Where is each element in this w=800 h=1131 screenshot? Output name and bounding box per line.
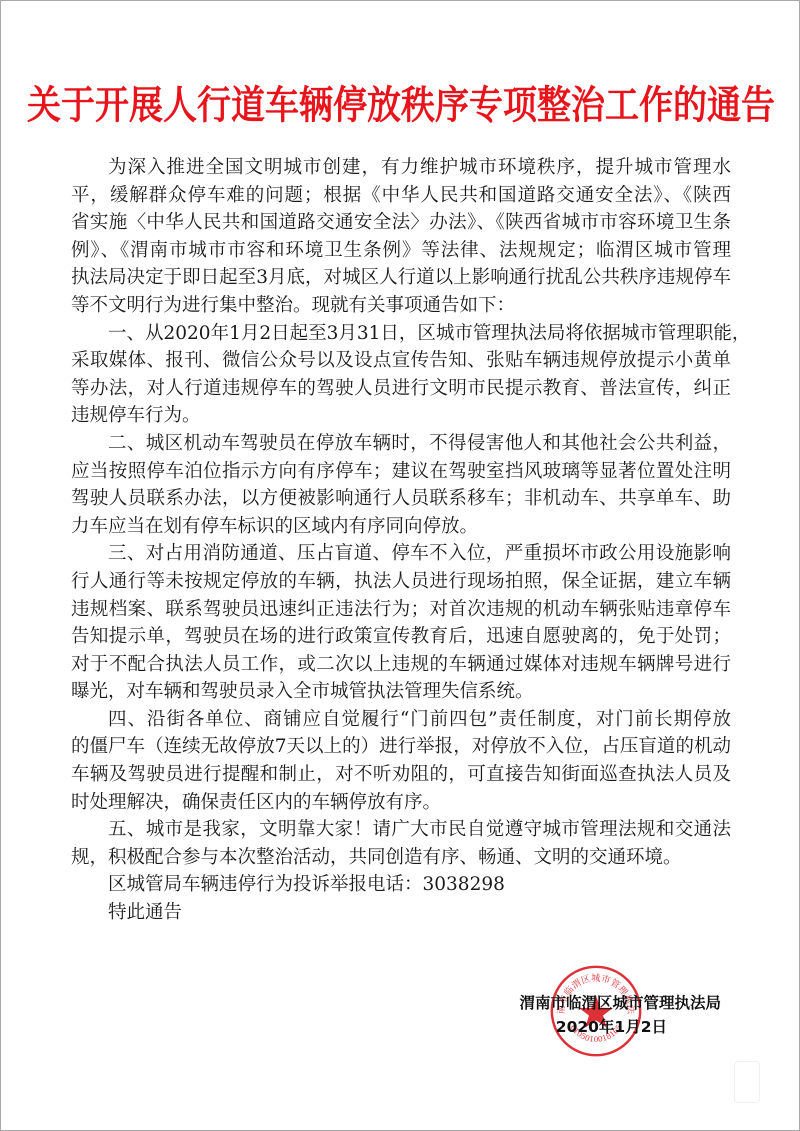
text-line: 规，积极配合参与本次整治活动，共同创造有序、畅通、文明的交通环境。 — [71, 844, 731, 872]
text-line: 等办法，对人行道违规停车的驾驶人员进行文明市民提示教育、普法宣传，纠正 — [71, 375, 731, 403]
text-line: 平，缓解群众停车难的问题；根据《中华人民共和国道路交通安全法》、《陕西 — [71, 182, 731, 210]
text-line: 车辆及驾驶员进行提醒和制止，对不听劝阻的，可直接告知街面巡查执法人员及 — [71, 761, 731, 789]
text-line: 为深入推进全国文明城市创建，有力维护城市环境秩序，提升城市管理水 — [71, 154, 731, 182]
text-line: 五、城市是我家，文明靠大家！请广大市民自觉遵守城市管理法规和交通法 — [71, 816, 731, 844]
issuing-organization: 渭南市临渭区城市管理执法局 — [481, 991, 721, 1013]
complaint-hotline: 区城管局车辆违停行为投诉举报电话：3038298 — [71, 871, 731, 899]
paragraph-item-1: 一、从2020年1月2日起至3月31日，区城市管理执法局将依据城市管理职能， 采… — [71, 320, 731, 430]
text-line: 三、对占用消防通道、压占盲道、停车不入位，严重损坏市政公用设施影响 — [71, 540, 731, 568]
closing-text: 特此通告 — [71, 899, 731, 927]
text-line: 对于不配合执法人员工作，或二次以上违规的车辆通过媒体对违规车辆牌号进行 — [71, 651, 731, 679]
issue-date: 2020年1月2日 — [481, 1015, 667, 1037]
notice-body: 为深入推进全国文明城市创建，有力维护城市环境秩序，提升城市管理水 平，缓解群众停… — [71, 154, 731, 927]
hotline-text: 区城管局车辆违停行为投诉举报电话：3038298 — [71, 871, 731, 899]
paragraph-item-2: 二、城区机动车驾驶员在停放车辆时，不得侵害他人和其他社会公共利益， 应当按照停车… — [71, 430, 731, 540]
text-line: 曝光，对车辆和驾驶员录入全市城管执法管理失信系统。 — [71, 678, 731, 706]
text-line: 违规档案、联系驾驶员迅速纠正违法行为；对首次违规的机动车辆张贴违章停车 — [71, 596, 731, 624]
text-line: 执法局决定于即日起至3月底，对城区人行道以上影响通行扰乱公共秩序违规停车 — [71, 264, 731, 292]
text-line: 违规停车行为。 — [71, 402, 731, 430]
paragraph-item-3: 三、对占用消防通道、压占盲道、停车不入位，严重损坏市政公用设施影响 行人通行等未… — [71, 540, 731, 706]
paragraph-item-4: 四、沿街各单位、商铺应自觉履行“门前四包”责任制度，对门前长期停放 的僵尸车（连… — [71, 706, 731, 816]
notice-title: 关于开展人行道车辆停放秩序专项整治工作的通告 — [1, 83, 800, 129]
text-line: 一、从2020年1月2日起至3月31日，区城市管理执法局将依据城市管理职能， — [71, 320, 731, 348]
paragraph-intro: 为深入推进全国文明城市创建，有力维护城市环境秩序，提升城市管理水 平，缓解群众停… — [71, 154, 731, 320]
text-line: 力车应当在划有停车标识的区域内有序同向停放。 — [71, 513, 731, 541]
phone-watermark-icon — [734, 1061, 760, 1103]
text-line: 省实施〈中华人民共和国道路交通安全法〉办法》、《陕西省城市市容环境卫生条 — [71, 209, 731, 237]
text-line: 时处理解决，确保责任区内的车辆停放有序。 — [71, 789, 731, 817]
text-line: 例》、《渭南市城市市容和环境卫生条例》等法律、法规规定；临渭区城市管理 — [71, 237, 731, 265]
text-line: 告知提示单，驾驶员在场的进行政策宣传教育后，迅速自愿驶离的，免于处罚； — [71, 623, 731, 651]
paragraph-item-5: 五、城市是我家，文明靠大家！请广大市民自觉遵守城市管理法规和交通法 规，积极配合… — [71, 816, 731, 871]
closing-statement: 特此通告 — [71, 899, 731, 927]
text-line: 等不文明行为进行集中整治。现就有关事项通告如下： — [71, 292, 731, 320]
text-line: 行人通行等未按规定停放的车辆，执法人员进行现场拍照，保全证据，建立车辆 — [71, 568, 731, 596]
text-line: 四、沿街各单位、商铺应自觉履行“门前四包”责任制度，对门前长期停放 — [71, 706, 731, 734]
notice-page: 关于开展人行道车辆停放秩序专项整治工作的通告 为深入推进全国文明城市创建，有力维… — [0, 0, 800, 1131]
text-line: 应当按照停车泊位指示方向有序停车；建议在驾驶室挡风玻璃等显著位置处注明 — [71, 458, 731, 486]
text-line: 驾驶人员联系办法，以方便被影响通行人员联系移车；非机动车、共享单车、助 — [71, 485, 731, 513]
text-line: 采取媒体、报刊、微信公众号以及设点宣传告知、张贴车辆违规停放提示小黄单 — [71, 347, 731, 375]
text-line: 二、城区机动车驾驶员在停放车辆时，不得侵害他人和其他社会公共利益， — [71, 430, 731, 458]
text-line: 的僵尸车（连续无故停放7天以上的）进行举报，对停放不入位，占压盲道的机动 — [71, 733, 731, 761]
